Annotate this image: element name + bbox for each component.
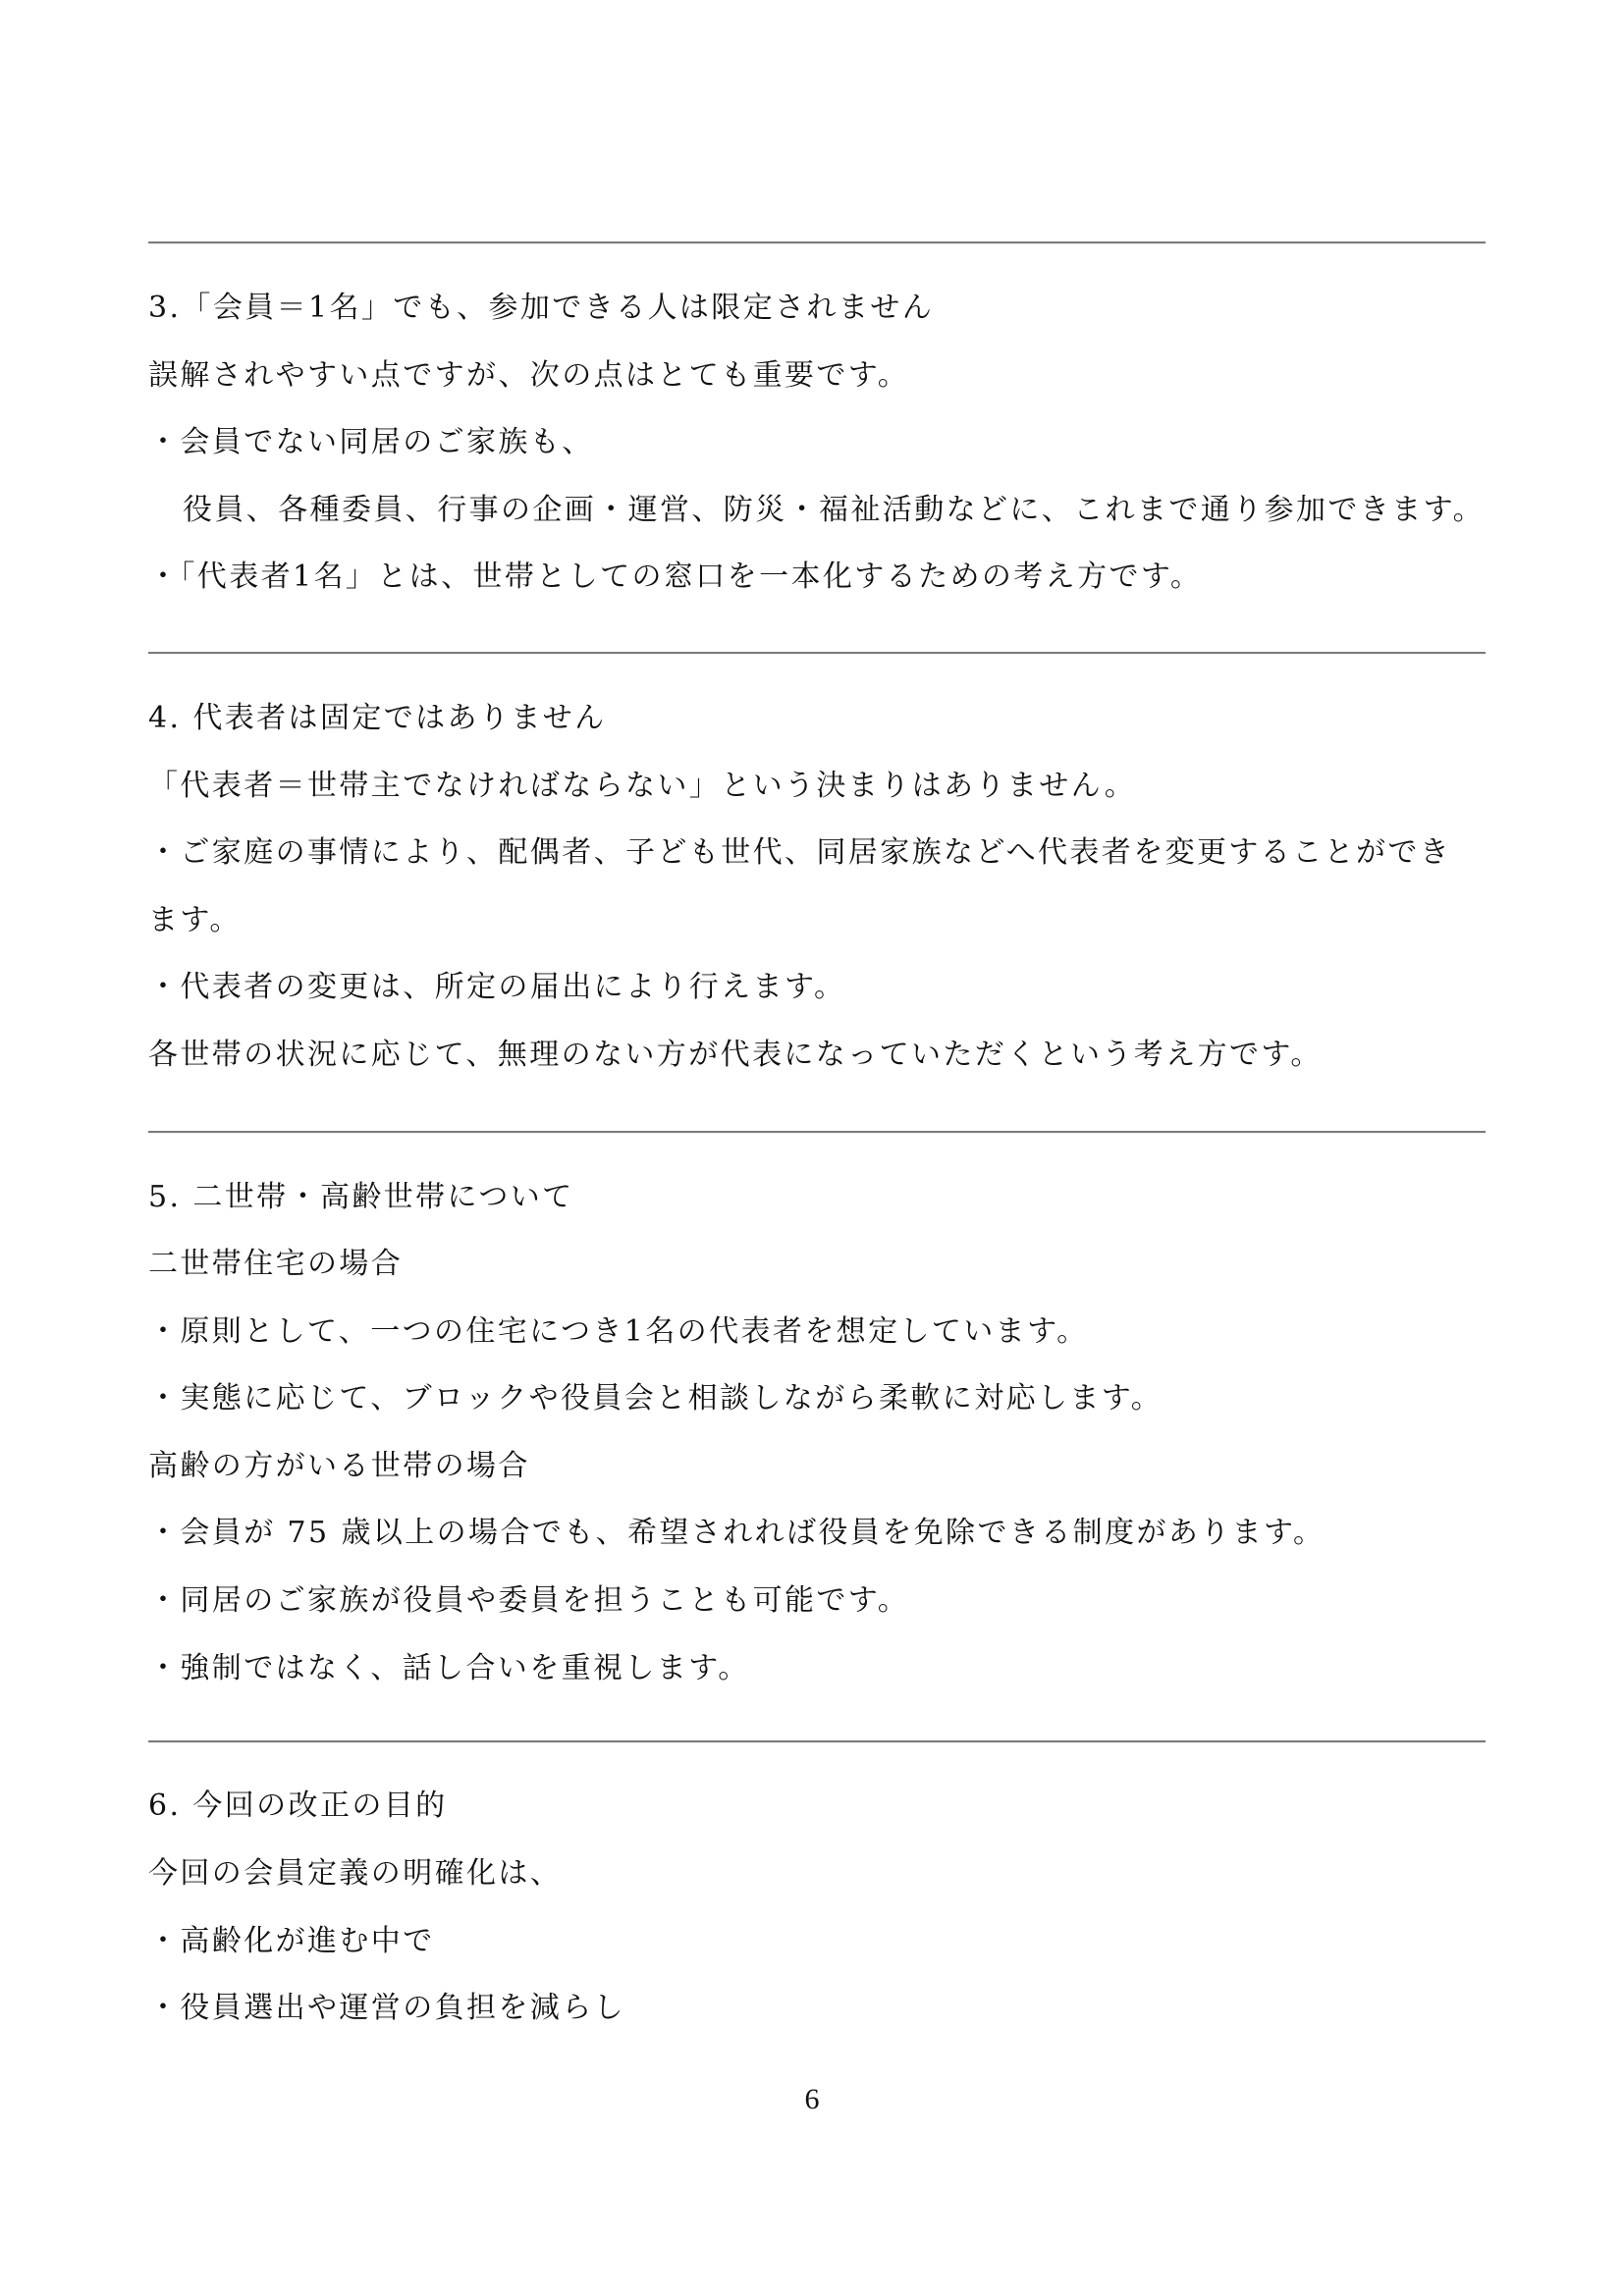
bullet-item: ・同居のご家族が役員や委員を担うことも可能です。: [148, 1581, 909, 1621]
bullet-item: ・強制ではなく、話し合いを重視します。: [148, 1649, 750, 1688]
bullet-item: ・「代表者1名」とは、世帯としての窓口を一本化するための考え方です。: [148, 558, 1202, 597]
paragraph-line: 今回の会員定義の明確化は、: [148, 1854, 562, 1894]
bullet-continuation: 役員、各種委員、行事の企画・運営、防災・福祉活動などに、これまで通り参加できます…: [183, 491, 1485, 530]
bullet-item: ・会員でない同居のご家族も、: [148, 423, 594, 462]
section-heading: 5. 二世帯・高齢世帯について: [148, 1178, 574, 1217]
section-divider: [148, 241, 1486, 243]
bullet-item: ・ご家庭の事情により、配偶者、子ども世代、同居家族などへ代表者を変更することがで…: [148, 833, 1451, 873]
bullet-item: ・代表者の変更は、所定の届出により行えます。: [148, 968, 845, 1007]
section-divider: [148, 1740, 1486, 1742]
paragraph-line: 各世帯の状況に応じて、無理のない方が代表になっていただくという考え方です。: [148, 1036, 1323, 1075]
bullet-item: ・原則として、一つの住宅につき1名の代表者を想定しています。: [148, 1312, 1089, 1352]
section-divider: [148, 1131, 1486, 1133]
bullet-item: ・高齢化が進む中で: [148, 1922, 435, 1961]
subheading: 二世帯住宅の場合: [148, 1245, 403, 1284]
section-divider: [148, 652, 1486, 654]
bullet-continuation: ます。: [148, 901, 242, 940]
page-number: 6: [0, 2083, 1624, 2116]
section-heading: 3.「会員＝1名」でも、参加できる人は限定されません: [148, 289, 934, 328]
bullet-item: ・役員選出や運営の負担を減らし: [148, 1989, 625, 2028]
bullet-item: ・会員が 75 歳以上の場合でも、希望されれば役員を免除できる制度があります。: [148, 1514, 1325, 1553]
section-heading: 4. 代表者は固定ではありません: [148, 699, 607, 738]
section-heading: 6. 今回の改正の目的: [148, 1787, 448, 1826]
paragraph-line: 「代表者＝世帯主でなければならない」という決まりはありません。: [148, 767, 1136, 806]
bullet-item: ・実態に応じて、ブロックや役員会と相談しながら柔軟に対応します。: [148, 1379, 1163, 1418]
subheading: 高齢の方がいる世帯の場合: [148, 1447, 530, 1486]
paragraph-line: 誤解されやすい点ですが、次の点はとても重要です。: [148, 356, 909, 396]
